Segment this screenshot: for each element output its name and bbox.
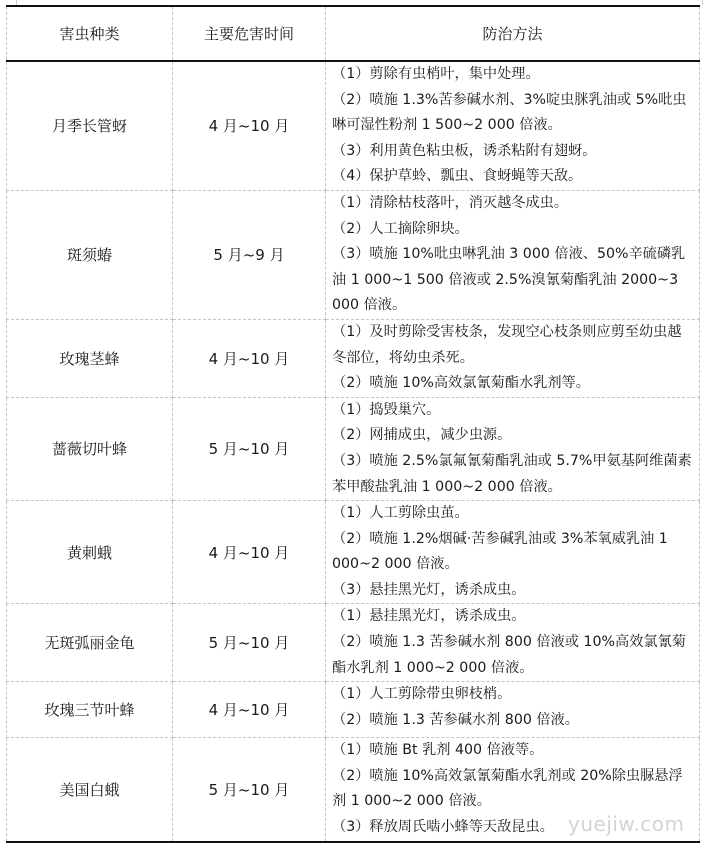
control-methods: （1）剪除有虫梢叶，集中处理。 （2）喷施 1.3%苦参碱水剂、3%啶虫脒乳油或… xyxy=(326,61,700,190)
method-item: （1）人工剪除带虫卵枝梢。 xyxy=(332,682,695,708)
control-methods: （1）及时剪除受害枝条，发现空心枝条则应剪至幼虫越冬部位，将幼虫杀死。 （2）喷… xyxy=(326,319,700,397)
method-item: （2）喷施 1.3 苦参碱水剂 800 倍液或 10%高效氯氰菊酯水乳剂 1 0… xyxy=(332,630,695,681)
damage-period: 4 月~10 月 xyxy=(173,501,326,604)
header-control-methods: 防治方法 xyxy=(326,6,700,61)
method-item: （1）剪除有虫梢叶，集中处理。 xyxy=(332,62,695,88)
damage-period: 5 月~9 月 xyxy=(173,190,326,319)
damage-period: 4 月~10 月 xyxy=(173,61,326,190)
table-row: 玫瑰茎蜂 4 月~10 月 （1）及时剪除受害枝条，发现空心枝条则应剪至幼虫越冬… xyxy=(7,319,700,397)
method-item: （3）悬挂黑光灯，诱杀成虫。 xyxy=(332,578,695,604)
control-methods: （1）捣毁巢穴。 （2）网捕成虫，减少虫源。 （3）喷施 2.5%氯氟氰菊酯乳油… xyxy=(326,397,700,500)
control-methods: （1）清除枯枝落叶，消灭越冬成虫。 （2）人工摘除卵块。 （3）喷施 10%吡虫… xyxy=(326,190,700,319)
header-main-damage-period: 主要危害时间 xyxy=(173,6,326,61)
damage-period: 4 月~10 月 xyxy=(173,682,326,738)
pest-name: 无斑弧丽金龟 xyxy=(7,604,173,682)
table-row: 玫瑰三节叶蜂 4 月~10 月 （1）人工剪除带虫卵枝梢。 （2）喷施 1.3 … xyxy=(7,682,700,738)
pest-control-table: 害虫种类 主要危害时间 防治方法 月季长管蚜 4 月~10 月 （1）剪除有虫梢… xyxy=(6,5,700,843)
control-methods: （1）人工剪除带虫卵枝梢。 （2）喷施 1.3 苦参碱水剂 800 倍液。 xyxy=(326,682,700,738)
table-header-row: 害虫种类 主要危害时间 防治方法 xyxy=(7,6,700,61)
method-item: （2）人工摘除卵块。 xyxy=(332,217,695,243)
control-methods: （1）人工剪除虫茧。 （2）喷施 1.2%烟碱·苦参碱乳油或 3%苯氧威乳油 1… xyxy=(326,501,700,604)
site-watermark: yuejiw.com xyxy=(568,812,685,836)
method-item: （2）喷施 1.3 苦参碱水剂 800 倍液。 xyxy=(332,708,695,734)
table-row: 月季长管蚜 4 月~10 月 （1）剪除有虫梢叶，集中处理。 （2）喷施 1.3… xyxy=(7,61,700,190)
method-item: （2）网捕成虫，减少虫源。 xyxy=(332,423,695,449)
pest-name: 美国白蛾 xyxy=(7,738,173,842)
pest-name: 斑须蝽 xyxy=(7,190,173,319)
damage-period: 5 月~10 月 xyxy=(173,738,326,842)
table-row: 斑须蝽 5 月~9 月 （1）清除枯枝落叶，消灭越冬成虫。 （2）人工摘除卵块。… xyxy=(7,190,700,319)
method-item: （3）喷施 2.5%氯氟氰菊酯乳油或 5.7%甲氨基阿维菌素苯甲酸盐乳油 1 0… xyxy=(332,449,695,500)
method-item: （3）利用黄色粘虫板，诱杀粘附有翅蚜。 xyxy=(332,139,695,165)
pest-name: 月季长管蚜 xyxy=(7,61,173,190)
method-item: （1）捣毁巢穴。 xyxy=(332,398,695,424)
pest-name: 玫瑰茎蜂 xyxy=(7,319,173,397)
method-item: （3）喷施 10%吡虫啉乳油 3 000 倍液、50%辛硫磷乳油 1 000~1… xyxy=(332,242,695,319)
method-item: （1）及时剪除受害枝条，发现空心枝条则应剪至幼虫越冬部位，将幼虫杀死。 xyxy=(332,320,695,371)
method-item: （1）悬挂黑光灯，诱杀成虫。 xyxy=(332,604,695,630)
damage-period: 4 月~10 月 xyxy=(173,319,326,397)
damage-period: 5 月~10 月 xyxy=(173,397,326,500)
method-item: （2）喷施 1.3%苦参碱水剂、3%啶虫脒乳油或 5%吡虫啉可湿性粉剂 1 50… xyxy=(332,88,695,139)
method-item: （2）喷施 1.2%烟碱·苦参碱乳油或 3%苯氧威乳油 1 000~2 000 … xyxy=(332,527,695,578)
method-item: （2）喷施 10%高效氯氰菊酯水乳剂等。 xyxy=(332,371,695,397)
method-item: （1）清除枯枝落叶，消灭越冬成虫。 xyxy=(332,191,695,217)
table-row: 黄刺蛾 4 月~10 月 （1）人工剪除虫茧。 （2）喷施 1.2%烟碱·苦参碱… xyxy=(7,501,700,604)
pest-name: 蔷薇切叶蜂 xyxy=(7,397,173,500)
table-row: 无斑弧丽金龟 5 月~10 月 （1）悬挂黑光灯，诱杀成虫。 （2）喷施 1.3… xyxy=(7,604,700,682)
table-row: 蔷薇切叶蜂 5 月~10 月 （1）捣毁巢穴。 （2）网捕成虫，减少虫源。 （3… xyxy=(7,397,700,500)
page-edge-guide xyxy=(702,0,704,5)
pest-name: 玫瑰三节叶蜂 xyxy=(7,682,173,738)
method-item: （2）喷施 10%高效氯氰菊酯水乳剂或 20%除虫脲悬浮剂 1 000~2 00… xyxy=(332,764,695,815)
method-item: （4）保护草蛉、瓢虫、食蚜蝇等天敌。 xyxy=(332,164,695,190)
method-item: （1）人工剪除虫茧。 xyxy=(332,501,695,527)
header-pest-type: 害虫种类 xyxy=(7,6,173,61)
control-methods: （1）悬挂黑光灯，诱杀成虫。 （2）喷施 1.3 苦参碱水剂 800 倍液或 1… xyxy=(326,604,700,682)
pest-name: 黄刺蛾 xyxy=(7,501,173,604)
damage-period: 5 月~10 月 xyxy=(173,604,326,682)
method-item: （1）喷施 Bt 乳剂 400 倍液等。 xyxy=(332,738,695,764)
